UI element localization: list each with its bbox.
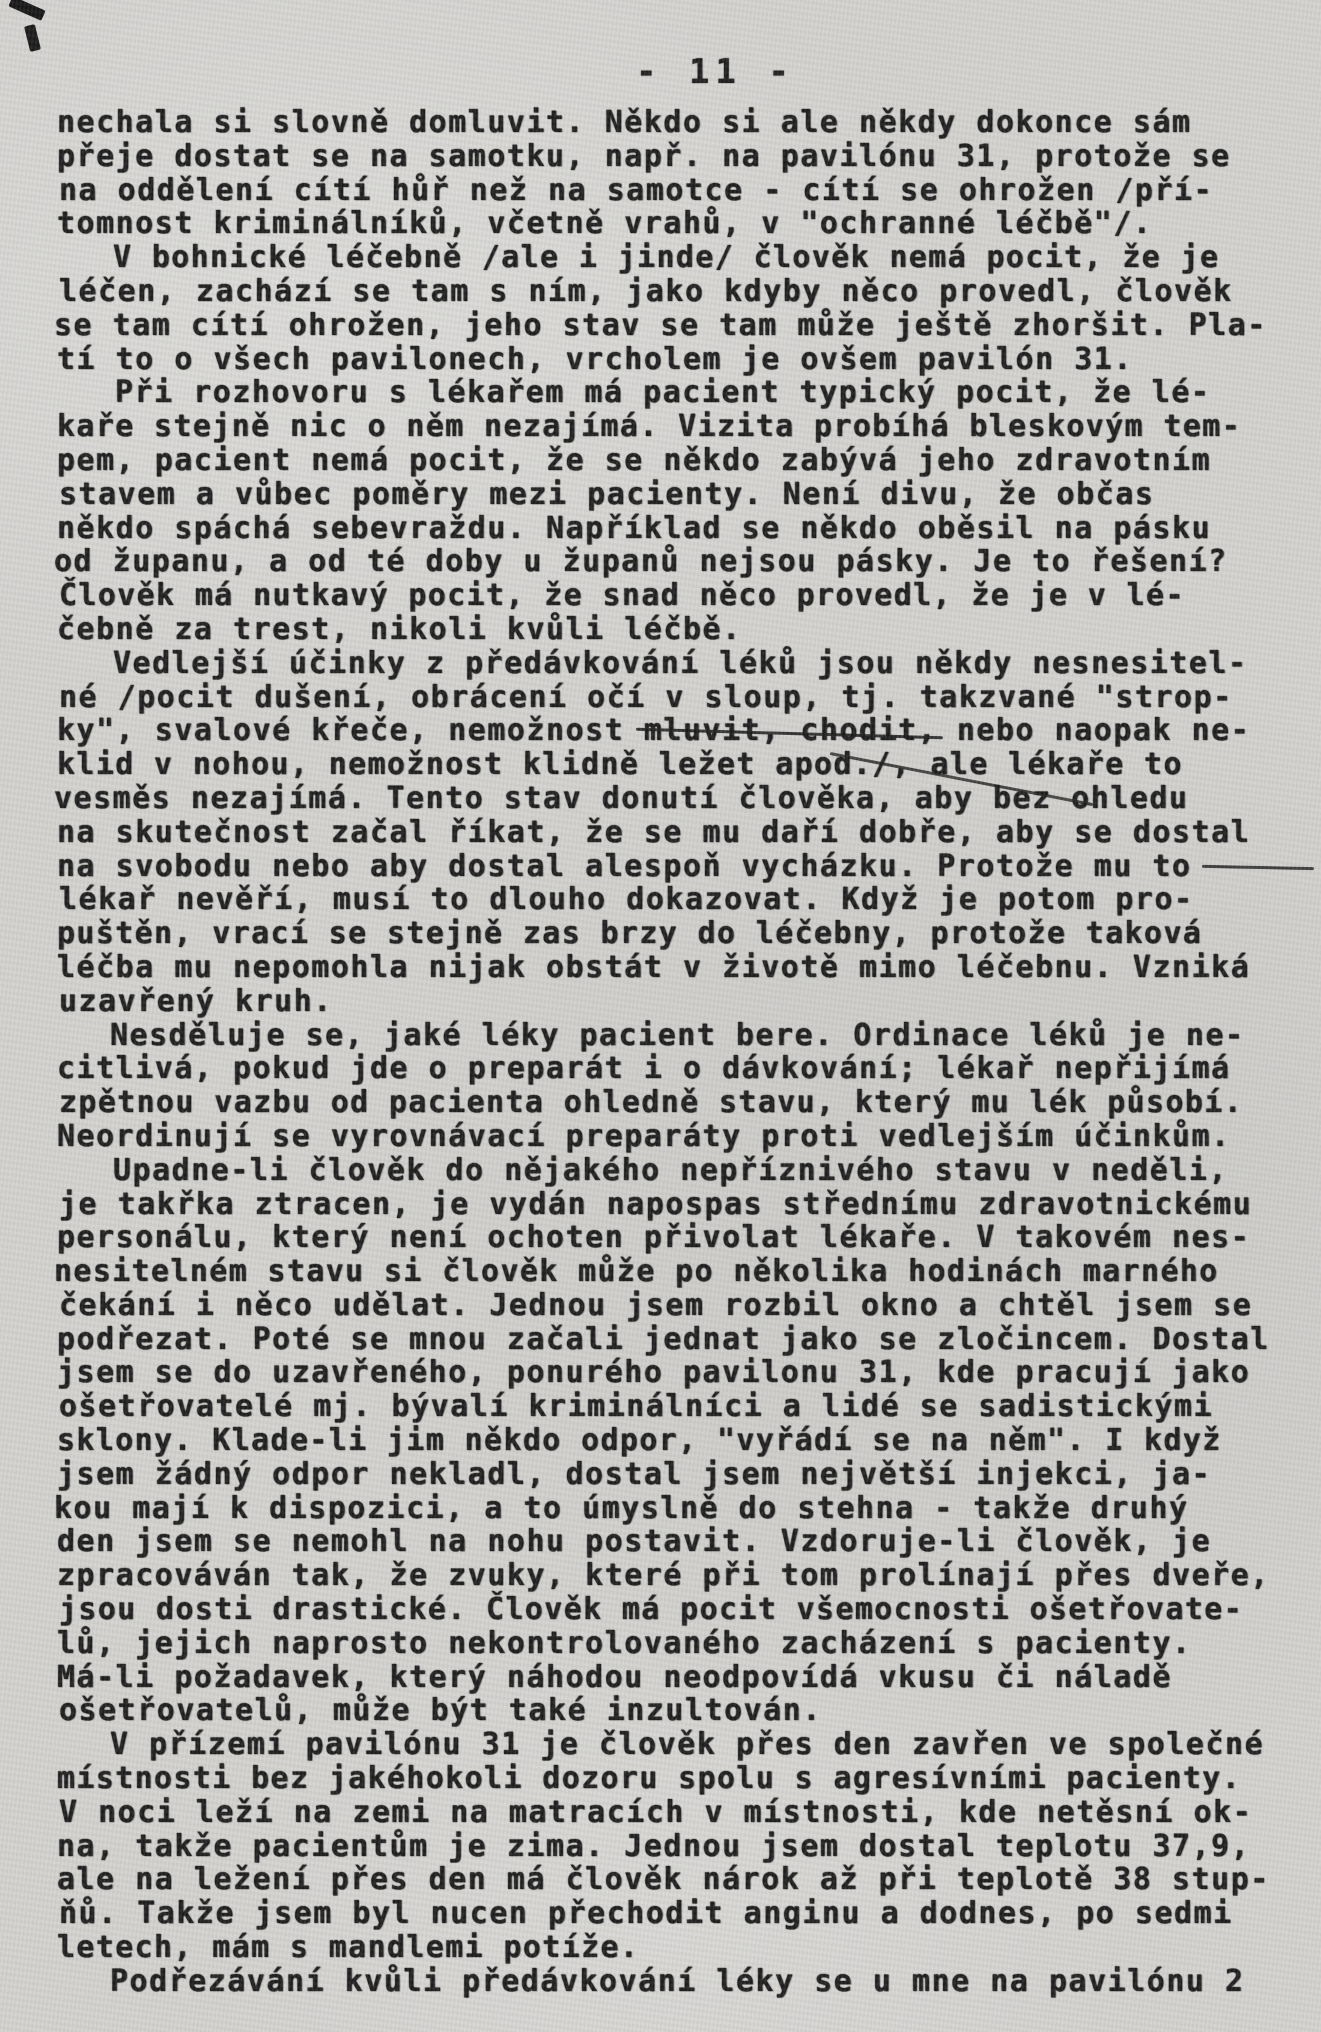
text-line: kaře stejně nic o něm nezajímá. Vizita p…	[57, 410, 1297, 444]
struck-text: mluvit, chodit,	[644, 713, 937, 748]
line-text: V přízemí pavilónu 31 je člověk přes den…	[110, 1727, 1264, 1762]
line-text: na, takže pacientům je zima. Jednou jsem…	[57, 1829, 1250, 1864]
text-line: V bohnické léčebně /ale i jinde/ člověk …	[57, 241, 1297, 275]
line-text: pem, pacient nemá pocit, že se někdo zab…	[57, 443, 1211, 478]
line-text: nesitelném stavu si člověk může po někol…	[54, 1254, 1219, 1289]
text-line: stavem a vůbec poměry mezi pacienty. Nen…	[59, 478, 1299, 512]
line-text: stavem a vůbec poměry mezi pacienty. Nen…	[59, 477, 1154, 512]
line-text: Neordinují se vyrovnávací preparáty prot…	[57, 1119, 1231, 1154]
line-text: personálu, který není ochoten přivolat l…	[57, 1220, 1250, 1255]
text-line: jsou dosti drastické. Člověk má pocit vš…	[59, 1593, 1299, 1627]
text-line: citlivá, pokud jde o preparát i o dávkov…	[57, 1052, 1297, 1086]
text-line: přeje dostat se na samotku, např. na pav…	[57, 140, 1297, 174]
line-text: místnosti bez jakéhokoli dozoru spolu s …	[57, 1761, 1241, 1796]
line-text: jsem se do uzavřeného, ponurého pavilonu…	[57, 1355, 1250, 1390]
page-number: - 11 -	[636, 52, 795, 92]
text-line: kou mají k dispozici, a to úmyslně do st…	[54, 1492, 1294, 1526]
line-text: klid v nohou, nemožnost klidně ležet apo…	[57, 747, 1183, 782]
text-line: ošetřovatelů, může být také inzultován.	[59, 1694, 1299, 1728]
ink-smudge-icon	[8, 0, 45, 21]
line-text: čebně za trest, nikoli kvůli léčbě.	[57, 612, 742, 647]
text-line: nechala si slovně domluvit. Někdo si ale…	[57, 106, 1297, 140]
line-text: od županu, a od té doby u županů nejsou …	[54, 544, 1228, 579]
line-text: na oddělení cítí hůř než na samotce - cí…	[59, 173, 1213, 208]
line-text: vesměs nezajímá. Tento stav donutí člově…	[54, 781, 1189, 816]
line-text: letech, mám s mandlemi potíže.	[57, 1930, 639, 1965]
line-text: ošetřovatelé mj. bývalí kriminálníci a l…	[59, 1389, 1213, 1424]
text-line: uzavřený kruh.	[59, 985, 1299, 1019]
line-text: ňů. Takže jsem byl nucen přechodit angin…	[59, 1896, 1233, 1931]
text-line: Neordinují se vyrovnávací preparáty prot…	[57, 1120, 1297, 1154]
text-line: Má-li požadavek, který náhodou neodpovíd…	[57, 1661, 1297, 1695]
text-line: místnosti bez jakéhokoli dozoru spolu s …	[57, 1762, 1297, 1796]
text-line: klid v nohou, nemožnost klidně ležet apo…	[57, 748, 1297, 782]
text-line: se tam cítí ohrožen, jeho stav se tam mů…	[54, 309, 1294, 343]
text-line: Nesděluje se, jaké léky pacient bere. Or…	[54, 1019, 1294, 1053]
text-line: puštěn, vrací se stejně zas brzy do léče…	[57, 917, 1297, 951]
text-line: jsem se do uzavřeného, ponurého pavilonu…	[57, 1356, 1297, 1390]
ink-smudge-icon	[24, 24, 41, 52]
text-line: ky", svalové křeče, nemožnost mluvit, ch…	[57, 714, 1297, 748]
text-line: léčba mu nepomohla nijak obstát v životě…	[57, 951, 1297, 985]
line-text: Při rozhovoru s lékařem má pacient typic…	[115, 375, 1210, 410]
line-text: léčba mu nepomohla nijak obstát v životě…	[57, 950, 1250, 985]
line-text: lékař nevěří, musí to dlouho dokazovat. …	[59, 882, 1194, 917]
line-text: na skutečnost začal říkat, že se mu daří…	[57, 815, 1250, 850]
text-line: né /pocit dušení, obrácení očí v sloup, …	[59, 681, 1299, 715]
text-line: Vedlejší účinky z předávkování léků jsou…	[57, 647, 1297, 681]
text-line: Podřezávání kvůli předávkování léky se u…	[54, 1965, 1294, 1999]
text-line: tomnost kriminálníků, včetně vrahů, v "o…	[57, 207, 1297, 241]
line-text: puštěn, vrací se stejně zas brzy do léče…	[57, 916, 1202, 951]
line-text: ale na ležení přes den má člověk nárok a…	[57, 1862, 1270, 1897]
line-text: Člověk má nutkavý pocit, že snad něco pr…	[59, 578, 1185, 613]
text-line: lékař nevěří, musí to dlouho dokazovat. …	[59, 883, 1299, 917]
text-line: personálu, který není ochoten přivolat l…	[57, 1221, 1297, 1255]
line-text: sklony. Klade-li jim někdo odpor, "vyřád…	[57, 1423, 1222, 1458]
line-text: jsem žádný odpor nekladl, dostal jsem ne…	[57, 1457, 1211, 1492]
line-text: citlivá, pokud jde o preparát i o dávkov…	[57, 1051, 1231, 1086]
line-text: přeje dostat se na samotku, např. na pav…	[57, 139, 1231, 174]
text-line: zpětnou vazbu od pacienta ohledně stavu,…	[59, 1086, 1299, 1120]
line-text: jsou dosti drastické. Člověk má pocit vš…	[59, 1592, 1243, 1627]
line-text: V bohnické léčebně /ale i jinde/ člověk …	[113, 240, 1219, 275]
document-page: - 11 - nechala si slovně domluvit. Někdo…	[0, 0, 1321, 2032]
text-line: tí to o všech pavilonech, vrcholem je ov…	[57, 343, 1297, 377]
line-text: Podřezávání kvůli předávkování léky se u…	[110, 1964, 1245, 1999]
line-text: tomnost kriminálníků, včetně vrahů, v "o…	[57, 206, 1152, 241]
line-text: Upadne-li člověk do nějakého nepříznivéh…	[113, 1153, 1228, 1188]
text-line: nesitelném stavu si člověk může po někol…	[54, 1255, 1294, 1289]
line-text: V noci leží na zemi na matracích v místn…	[59, 1795, 1252, 1830]
line-text: den jsem se nemohl na nohu postavit. Vzd…	[57, 1524, 1211, 1559]
text-line: čebně za trest, nikoli kvůli léčbě.	[57, 613, 1297, 647]
text-line: V přízemí pavilónu 31 je člověk přes den…	[54, 1728, 1294, 1762]
line-text: zpracováván tak, že zvuky, které při tom…	[57, 1558, 1270, 1593]
line-text: Má-li požadavek, který náhodou neodpovíd…	[57, 1660, 1172, 1695]
text-line: na oddělení cítí hůř než na samotce - cí…	[59, 174, 1299, 208]
line-text: ky", svalové křeče, nemožnost	[57, 713, 644, 748]
line-text: ošetřovatelů, může být také inzultován.	[59, 1693, 822, 1728]
line-text: se tam cítí ohrožen, jeho stav se tam mů…	[54, 308, 1267, 343]
page-body: nechala si slovně domluvit. Někdo si ale…	[57, 106, 1297, 1999]
line-text: Nesděluje se, jaké léky pacient bere. Or…	[110, 1018, 1245, 1053]
text-line: na, takže pacientům je zima. Jednou jsem…	[57, 1830, 1297, 1864]
line-text: kou mají k dispozici, a to úmyslně do st…	[54, 1491, 1189, 1526]
text-line: jsem žádný odpor nekladl, dostal jsem ne…	[57, 1458, 1297, 1492]
line-text: někdo spáchá sebevraždu. Například se ně…	[57, 511, 1211, 546]
line-text: na svobodu nebo aby dostal alespoň vychá…	[57, 849, 1192, 884]
text-line: Při rozhovoru s lékařem má pacient typic…	[59, 376, 1299, 410]
text-line: lů, jejich naprosto nekontrolovaného zac…	[57, 1627, 1297, 1661]
line-text: Vedlejší účinky z předávkování léků jsou…	[113, 646, 1248, 681]
line-text: né /pocit dušení, obrácení očí v sloup, …	[59, 680, 1233, 715]
text-line: podřezat. Poté se mnou začali jednat jak…	[57, 1323, 1297, 1357]
text-line: někdo spáchá sebevraždu. Například se ně…	[57, 512, 1297, 546]
text-line: ošetřovatelé mj. bývalí kriminálníci a l…	[59, 1390, 1299, 1424]
text-line: Člověk má nutkavý pocit, že snad něco pr…	[59, 579, 1299, 613]
line-text: uzavřený kruh.	[59, 984, 333, 1019]
text-line: ale na ležení přes den má člověk nárok a…	[57, 1863, 1297, 1897]
text-line: pem, pacient nemá pocit, že se někdo zab…	[57, 444, 1297, 478]
text-line: čekání i něco udělat. Jednou jsem rozbil…	[59, 1289, 1299, 1323]
text-line: léčen, zachází se tam s ním, jako kdyby …	[59, 275, 1299, 309]
line-text: léčen, zachází se tam s ním, jako kdyby …	[59, 274, 1233, 309]
line-text: nebo naopak ne-	[937, 713, 1250, 748]
text-line: na svobodu nebo aby dostal alespoň vychá…	[57, 850, 1297, 884]
text-line: V noci leží na zemi na matracích v místn…	[59, 1796, 1299, 1830]
text-line: den jsem se nemohl na nohu postavit. Vzd…	[57, 1525, 1297, 1559]
line-text: tí to o všech pavilonech, vrcholem je ov…	[57, 342, 1133, 377]
text-line: sklony. Klade-li jim někdo odpor, "vyřád…	[57, 1424, 1297, 1458]
text-line: od županu, a od té doby u županů nejsou …	[54, 545, 1294, 579]
line-text: nechala si slovně domluvit. Někdo si ale…	[57, 105, 1192, 140]
text-line: letech, mám s mandlemi potíže.	[57, 1931, 1297, 1965]
text-line: zpracováván tak, že zvuky, které při tom…	[57, 1559, 1297, 1593]
text-line: na skutečnost začal říkat, že se mu daří…	[57, 816, 1297, 850]
pen-stroke-icon	[1202, 865, 1314, 870]
line-text: čekání i něco udělat. Jednou jsem rozbil…	[59, 1288, 1252, 1323]
text-line: je takřka ztracen, je vydán napospas stř…	[59, 1188, 1299, 1222]
line-text: je takřka ztracen, je vydán napospas stř…	[59, 1187, 1252, 1222]
line-text: lů, jejich naprosto nekontrolovaného zac…	[57, 1626, 1192, 1661]
line-text: podřezat. Poté se mnou začali jednat jak…	[57, 1322, 1270, 1357]
text-line: Upadne-li člověk do nějakého nepříznivéh…	[57, 1154, 1297, 1188]
line-text: kaře stejně nic o něm nezajímá. Vizita p…	[57, 409, 1241, 444]
line-text: zpětnou vazbu od pacienta ohledně stavu,…	[59, 1085, 1243, 1120]
text-line: vesměs nezajímá. Tento stav donutí člově…	[54, 782, 1294, 816]
text-line: ňů. Takže jsem byl nucen přechodit angin…	[59, 1897, 1299, 1931]
